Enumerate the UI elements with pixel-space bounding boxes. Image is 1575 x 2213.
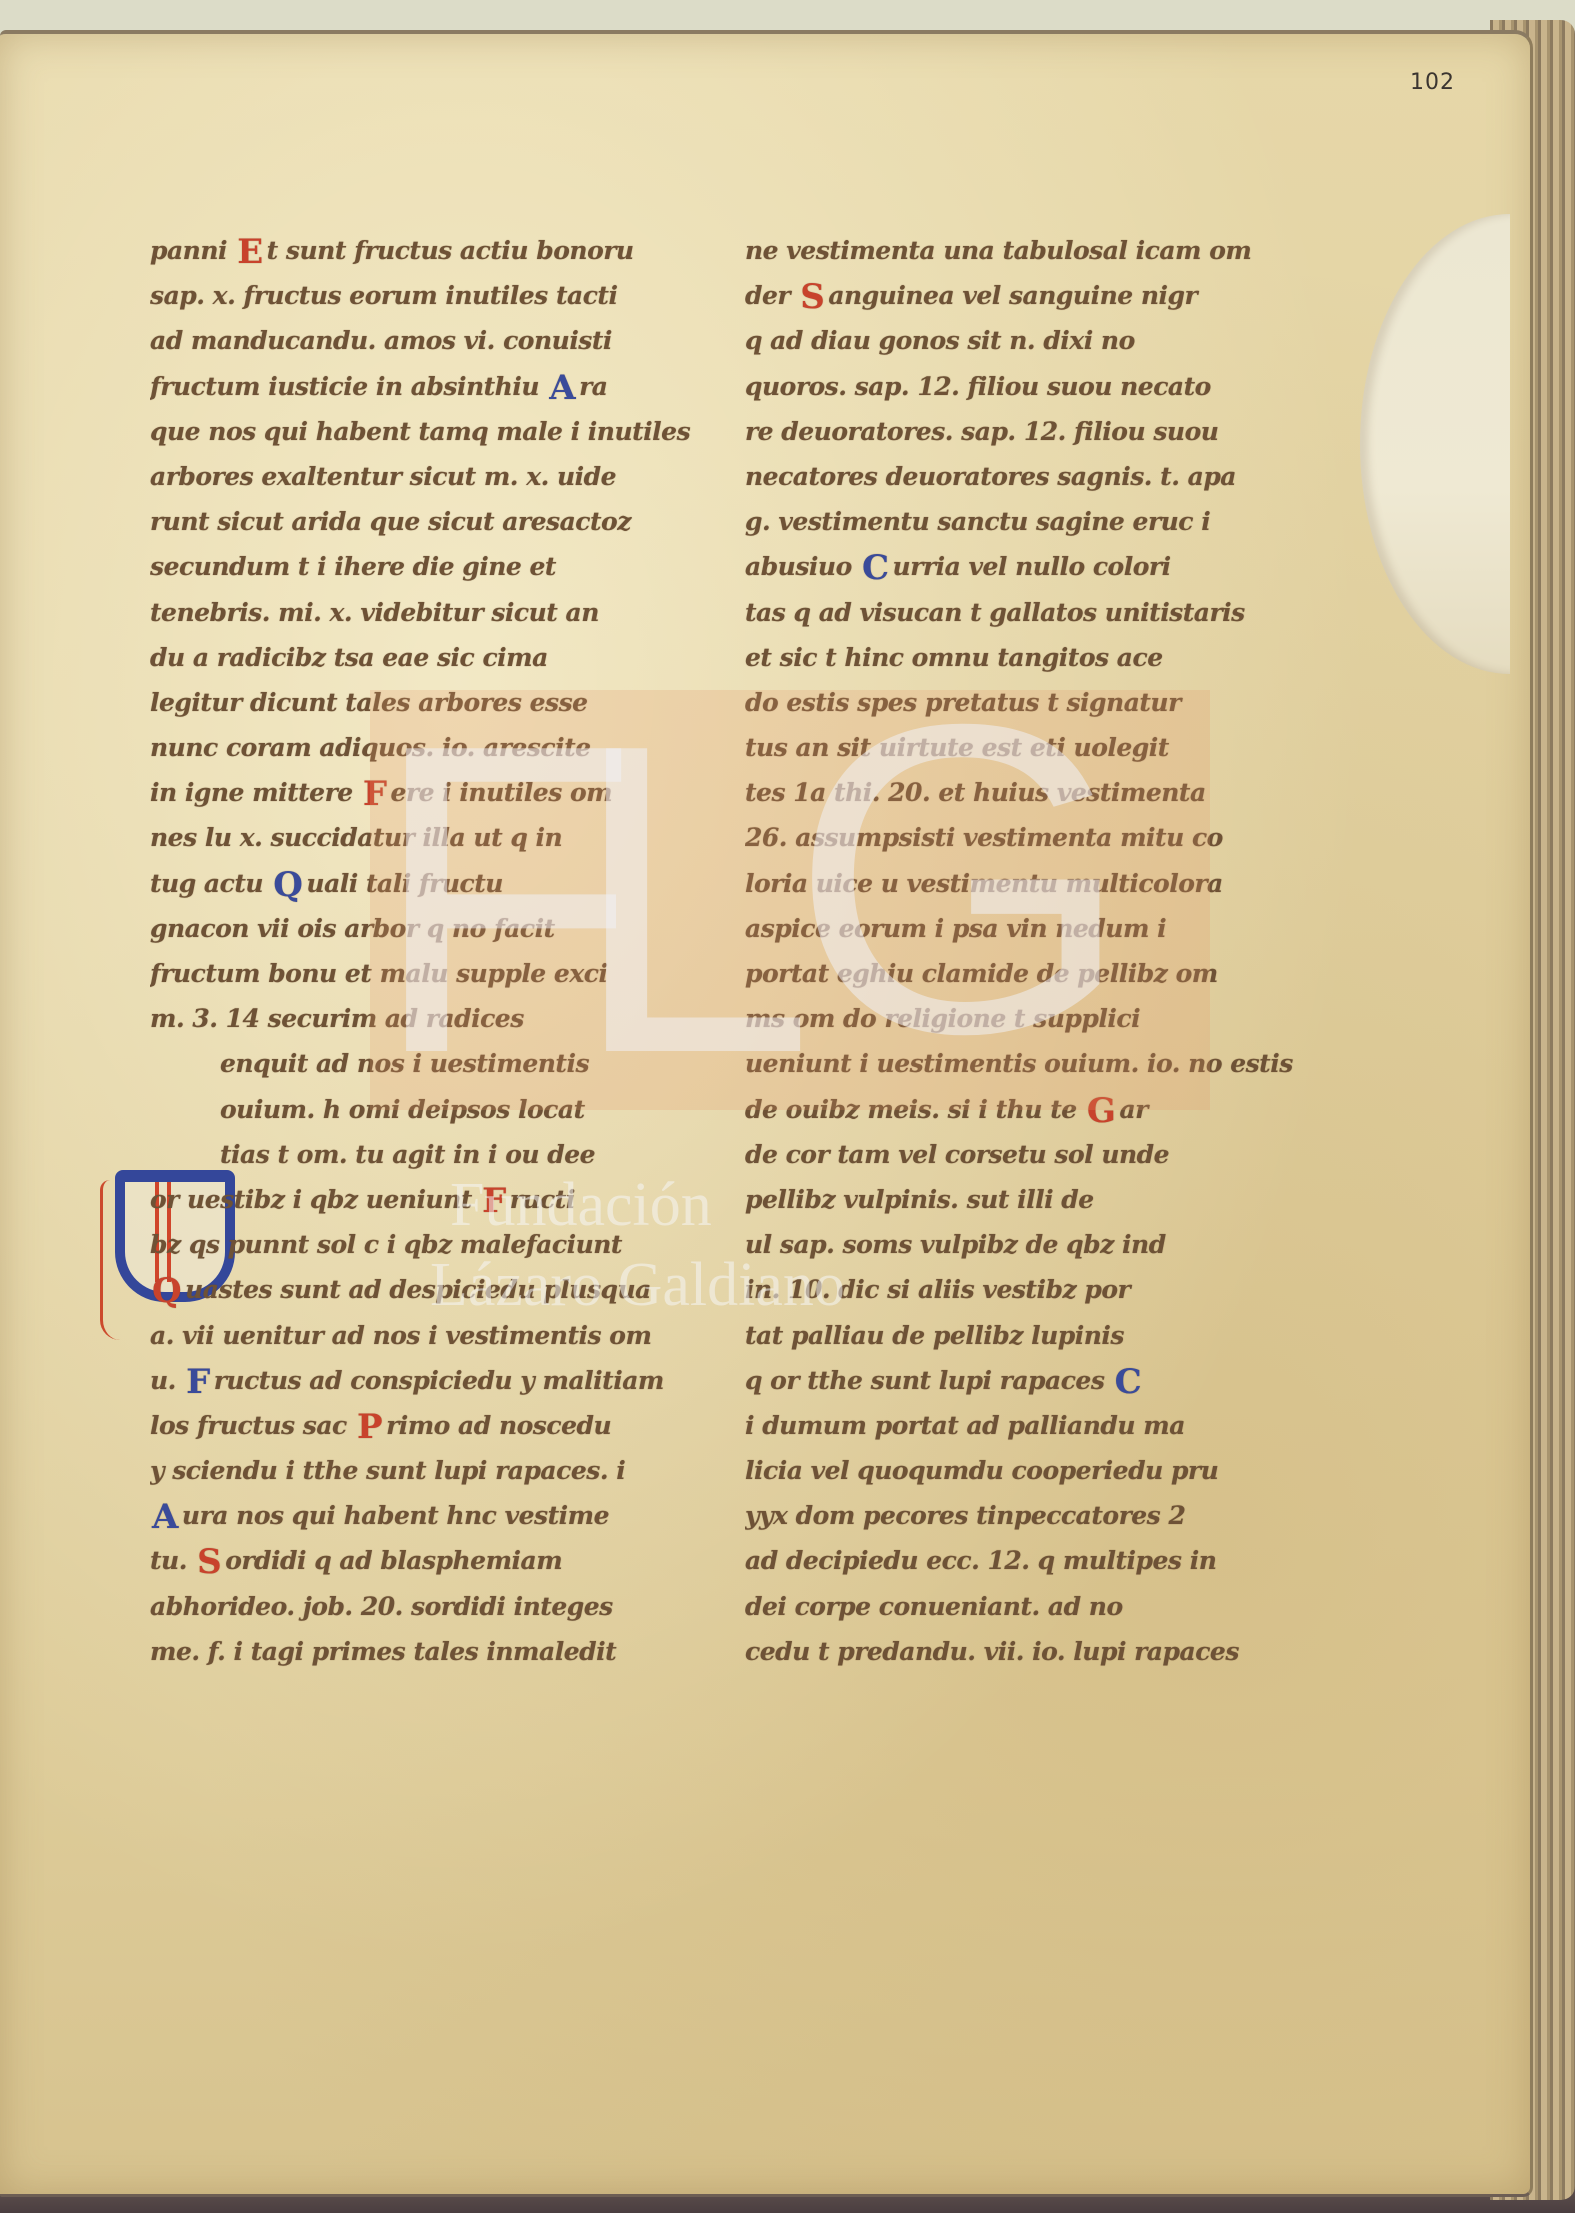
line-text: abhorideo. job. 20. sordidi integes — [150, 1592, 613, 1621]
line-text: que nos qui habent tamq male i inutiles — [150, 417, 690, 446]
rubric-initial-red: F — [482, 1184, 506, 1218]
rubric-initial-blue: C — [1115, 1365, 1142, 1399]
line-text: re deuoratores. sap. 12. filiou suou — [745, 417, 1218, 446]
manuscript-line: tug actu Quali tali fructu — [150, 861, 710, 906]
manuscript-line: abusiuo Curria vel nullo colori — [745, 544, 1335, 589]
manuscript-line: Aura nos qui habent hnc vestime — [150, 1493, 710, 1538]
line-text: los fructus sac — [150, 1411, 355, 1440]
rubric-initial-blue: A — [152, 1500, 178, 1534]
line-text: uali tali fructu — [306, 869, 503, 898]
manuscript-line: nes lu x. succidatur illa ut q in — [150, 815, 710, 860]
manuscript-line: arbores exaltentur sicut m. x. uide — [150, 454, 710, 499]
line-text: de ouibz meis. si i thu te — [745, 1095, 1085, 1124]
manuscript-line: q ad diau gonos sit n. dixi no — [745, 318, 1335, 363]
manuscript-line: pellibz vulpinis. sut illi de — [745, 1177, 1335, 1222]
line-text: ordidi q ad blasphemiam — [225, 1546, 562, 1575]
line-text: do estis spes pretatus t signatur — [745, 688, 1181, 717]
text-column-right: ne vestimenta una tabulosal icam omder S… — [745, 228, 1335, 1674]
line-text: ouium. h omi deipsos locat — [220, 1095, 585, 1124]
manuscript-line: u. Fructus ad conspiciedu y malitiam — [150, 1358, 710, 1403]
line-text: dei corpe conueniant. ad no — [745, 1592, 1123, 1621]
line-text: aspice eorum i psa vin nedum i — [745, 914, 1166, 943]
text-column-left: panni Et sunt fructus actiu bonorusap. x… — [150, 228, 710, 1674]
manuscript-line: enquit ad nos i uestimentis — [150, 1041, 710, 1086]
line-text: uastes sunt ad despiciedu plusqua — [185, 1275, 651, 1304]
line-text: fructum bonu et malu supple exci — [150, 959, 607, 988]
line-text: enquit ad nos i uestimentis — [220, 1049, 589, 1078]
line-text: loria uice u vestimentu multicolora — [745, 869, 1223, 898]
line-text: tus an sit uirtute est eti uolegit — [745, 733, 1169, 762]
line-text: tu. — [150, 1546, 195, 1575]
rubric-initial-red: S — [197, 1545, 221, 1579]
line-text: ad manducandu. amos vi. conuisti — [150, 326, 612, 355]
line-text: abusiuo — [745, 552, 860, 581]
manuscript-line: de cor tam vel corsetu sol unde — [745, 1132, 1335, 1177]
manuscript-line: me. f. i tagi primes tales inmaledit — [150, 1629, 710, 1674]
manuscript-line: du a radicibz tsa eae sic cima — [150, 635, 710, 680]
line-text: in. 10. dic si aliis vestibz por — [745, 1275, 1130, 1304]
manuscript-line: or uestibz i qbz ueniunt Fructi — [150, 1177, 710, 1222]
folio-number: 102 — [1410, 70, 1455, 95]
line-text: tug actu — [150, 869, 271, 898]
manuscript-line: ueniunt i uestimentis ouium. io. no esti… — [745, 1041, 1335, 1086]
line-text: ueniunt i uestimentis ouium. io. no esti… — [745, 1049, 1293, 1078]
rubric-initial-red: G — [1087, 1094, 1116, 1128]
manuscript-line: ad decipiedu ecc. 12. q multipes in — [745, 1538, 1335, 1583]
line-text: legitur dicunt tales arbores esse — [150, 688, 588, 717]
line-text: me. f. i tagi primes tales inmaledit — [150, 1637, 616, 1666]
manuscript-line: ms om do religione t supplici — [745, 996, 1335, 1041]
line-text: ul sap. soms vulpibz de qbz ind — [745, 1230, 1166, 1259]
line-text: tias t om. tu agit in i ou dee — [220, 1140, 595, 1169]
line-text: secundum t i ihere die gine et — [150, 552, 556, 581]
manuscript-line: tus an sit uirtute est eti uolegit — [745, 725, 1335, 770]
manuscript-line: aspice eorum i psa vin nedum i — [745, 906, 1335, 951]
line-text: arbores exaltentur sicut m. x. uide — [150, 462, 616, 491]
rubric-initial-red: E — [237, 235, 262, 269]
manuscript-line: et sic t hinc omnu tangitos ace — [745, 635, 1335, 680]
line-text: bz qs punnt sol c i qbz malefaciunt — [150, 1230, 622, 1259]
line-text: necatores deuoratores sagnis. t. apa — [745, 462, 1236, 491]
line-text: rimo ad noscedu — [386, 1411, 611, 1440]
manuscript-line: a. vii uenitur ad nos i vestimentis om — [150, 1313, 710, 1358]
line-text: ructus ad conspiciedu y malitiam — [214, 1366, 664, 1395]
line-text: or uestibz i qbz ueniunt — [150, 1185, 480, 1214]
line-text: quoros. sap. 12. filiou suou necato — [745, 372, 1211, 401]
manuscript-line: g. vestimentu sanctu sagine eruc i — [745, 499, 1335, 544]
line-text: ructi — [510, 1185, 575, 1214]
line-text: et sic t hinc omnu tangitos ace — [745, 643, 1163, 672]
line-text: der — [745, 281, 798, 310]
line-text: cedu t predandu. vii. io. lupi rapaces — [745, 1637, 1239, 1666]
line-text: yyx dom pecores tinpeccatores 2 — [745, 1501, 1185, 1530]
manuscript-line: runt sicut arida que sicut aresactoz — [150, 499, 710, 544]
manuscript-line: in igne mittere Fere i inutiles om — [150, 770, 710, 815]
manuscript-line: tas q ad visucan t gallatos unitistaris — [745, 590, 1335, 635]
manuscript-line: y sciendu i tthe sunt lupi rapaces. i — [150, 1448, 710, 1493]
line-text: i dumum portat ad palliandu ma — [745, 1411, 1185, 1440]
manuscript-line: m. 3. 14 securim ad radices — [150, 996, 710, 1041]
line-text: ar — [1119, 1095, 1147, 1124]
torn-margin-repair — [1360, 214, 1510, 674]
line-text: ura nos qui habent hnc vestime — [182, 1501, 609, 1530]
manuscript-line: tat palliau de pellibz lupinis — [745, 1313, 1335, 1358]
manuscript-line: licia vel quoqumdu cooperiedu pru — [745, 1448, 1335, 1493]
line-text: q ad diau gonos sit n. dixi no — [745, 326, 1135, 355]
line-text: m. 3. 14 securim ad radices — [150, 1004, 524, 1033]
line-text: tenebris. mi. x. videbitur sicut an — [150, 598, 599, 627]
line-text: tes 1a thi. 20. et huius vestimenta — [745, 778, 1206, 807]
rubric-initial-blue: C — [862, 551, 889, 585]
line-text: anguinea vel sanguine nigr — [828, 281, 1197, 310]
manuscript-line: ad manducandu. amos vi. conuisti — [150, 318, 710, 363]
line-text: urria vel nullo colori — [893, 552, 1171, 581]
manuscript-line: bz qs punnt sol c i qbz malefaciunt — [150, 1222, 710, 1267]
rubric-initial-blue: F — [186, 1365, 210, 1399]
manuscript-line: do estis spes pretatus t signatur — [745, 680, 1335, 725]
line-text: in igne mittere — [150, 778, 361, 807]
line-text: panni — [150, 236, 235, 265]
manuscript-line: secundum t i ihere die gine et — [150, 544, 710, 589]
rubric-initial-red: F — [363, 777, 387, 811]
manuscript-line: in. 10. dic si aliis vestibz por — [745, 1267, 1335, 1312]
manuscript-line: tenebris. mi. x. videbitur sicut an — [150, 590, 710, 635]
manuscript-line: fructum iusticie in absinthiu Ara — [150, 364, 710, 409]
manuscript-line: Quastes sunt ad despiciedu plusqua — [150, 1267, 710, 1312]
line-text: runt sicut arida que sicut aresactoz — [150, 507, 631, 536]
manuscript-line: quoros. sap. 12. filiou suou necato — [745, 364, 1335, 409]
manuscript-line: gnacon vii ois arbor q no facit — [150, 906, 710, 951]
manuscript-line: nunc coram adiquos. io. arescite — [150, 725, 710, 770]
manuscript-line: cedu t predandu. vii. io. lupi rapaces — [745, 1629, 1335, 1674]
line-text: fructum iusticie in absinthiu — [150, 372, 547, 401]
line-text: t sunt fructus actiu bonoru — [267, 236, 634, 265]
line-text: ere i inutiles om — [391, 778, 613, 807]
line-text: de cor tam vel corsetu sol unde — [745, 1140, 1169, 1169]
manuscript-line: ouium. h omi deipsos locat — [150, 1087, 710, 1132]
manuscript-line: tes 1a thi. 20. et huius vestimenta — [745, 770, 1335, 815]
line-text: g. vestimentu sanctu sagine eruc i — [745, 507, 1210, 536]
line-text: ne vestimenta una tabulosal icam om — [745, 236, 1251, 265]
rubric-initial-red: P — [357, 1410, 382, 1444]
manuscript-line: yyx dom pecores tinpeccatores 2 — [745, 1493, 1335, 1538]
manuscript-line: los fructus sac Primo ad noscedu — [150, 1403, 710, 1448]
manuscript-line: legitur dicunt tales arbores esse — [150, 680, 710, 725]
manuscript-line: que nos qui habent tamq male i inutiles — [150, 409, 710, 454]
rubric-initial-red: S — [800, 280, 824, 314]
manuscript-line: der Sanguinea vel sanguine nigr — [745, 273, 1335, 318]
line-text: tat palliau de pellibz lupinis — [745, 1321, 1124, 1350]
line-text: pellibz vulpinis. sut illi de — [745, 1185, 1094, 1214]
manuscript-line: tu. Sordidi q ad blasphemiam — [150, 1538, 710, 1583]
manuscript-line: q or tthe sunt lupi rapaces C — [745, 1358, 1335, 1403]
line-text: licia vel quoqumdu cooperiedu pru — [745, 1456, 1218, 1485]
line-text: portat eghiu clamide de pellibz om — [745, 959, 1218, 988]
manuscript-line: panni Et sunt fructus actiu bonoru — [150, 228, 710, 273]
manuscript-line: ne vestimenta una tabulosal icam om — [745, 228, 1335, 273]
manuscript-line: re deuoratores. sap. 12. filiou suou — [745, 409, 1335, 454]
manuscript-line: dei corpe conueniant. ad no — [745, 1584, 1335, 1629]
line-text: ra — [579, 372, 607, 401]
line-text: nes lu x. succidatur illa ut q in — [150, 823, 562, 852]
line-text: y sciendu i tthe sunt lupi rapaces. i — [150, 1456, 625, 1485]
line-text: a. vii uenitur ad nos i vestimentis om — [150, 1321, 651, 1350]
manuscript-line: 26. assumpsisti vestimenta mitu co — [745, 815, 1335, 860]
line-text: u. — [150, 1366, 184, 1395]
line-text: ms om do religione t supplici — [745, 1004, 1140, 1033]
rubric-initial-red: Q — [152, 1274, 181, 1308]
line-text: ad decipiedu ecc. 12. q multipes in — [745, 1546, 1216, 1575]
line-text: nunc coram adiquos. io. arescite — [150, 733, 591, 762]
manuscript-line: de ouibz meis. si i thu te Gar — [745, 1087, 1335, 1132]
rubric-initial-blue: A — [549, 371, 575, 405]
line-text: q or tthe sunt lupi rapaces — [745, 1366, 1113, 1395]
line-text: gnacon vii ois arbor q no facit — [150, 914, 555, 943]
manuscript-line: portat eghiu clamide de pellibz om — [745, 951, 1335, 996]
manuscript-line: fructum bonu et malu supple exci — [150, 951, 710, 996]
manuscript-line: loria uice u vestimentu multicolora — [745, 861, 1335, 906]
manuscript-line: necatores deuoratores sagnis. t. apa — [745, 454, 1335, 499]
line-text: tas q ad visucan t gallatos unitistaris — [745, 598, 1245, 627]
line-text: sap. x. fructus eorum inutiles tacti — [150, 281, 617, 310]
manuscript-line: sap. x. fructus eorum inutiles tacti — [150, 273, 710, 318]
manuscript-line: tias t om. tu agit in i ou dee — [150, 1132, 710, 1177]
manuscript-line: abhorideo. job. 20. sordidi integes — [150, 1584, 710, 1629]
line-text: 26. assumpsisti vestimenta mitu co — [745, 823, 1223, 852]
rubric-initial-blue: Q — [273, 868, 302, 902]
manuscript-line: ul sap. soms vulpibz de qbz ind — [745, 1222, 1335, 1267]
manuscript-line: i dumum portat ad palliandu ma — [745, 1403, 1335, 1448]
line-text: du a radicibz tsa eae sic cima — [150, 643, 548, 672]
